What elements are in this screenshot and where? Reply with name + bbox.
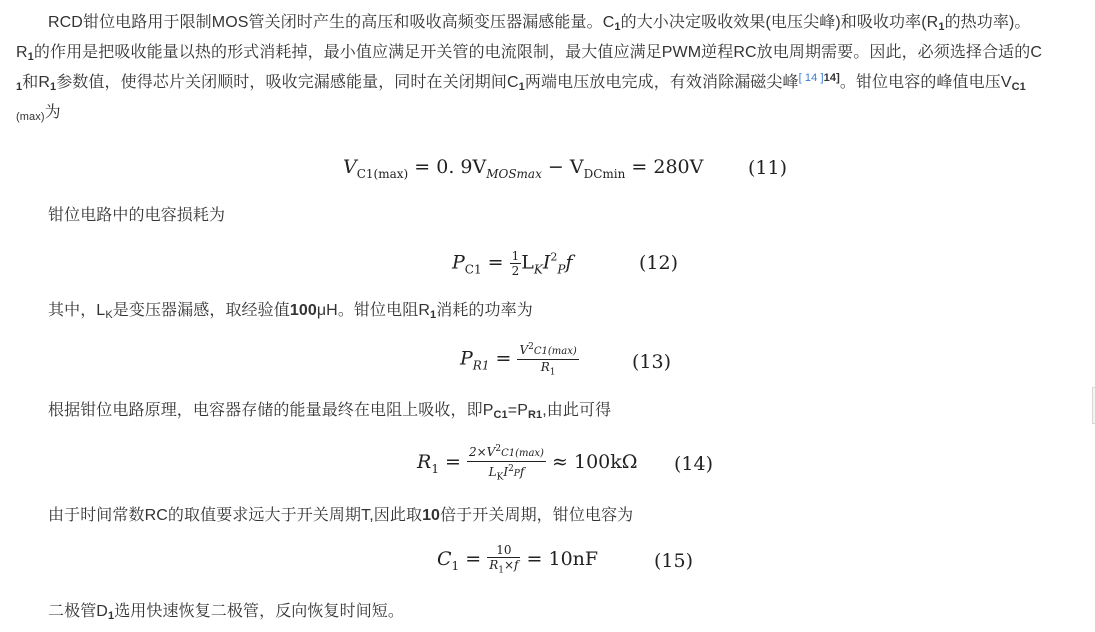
equation-number-11: (11) — [748, 157, 787, 179]
paragraph-time-constant: 由于时间常数RC的取值要求远大于开关周期T,因此取10倍于开关周期，钳位电容为 — [48, 501, 1095, 531]
p1-line1: RCD钳位电路用于限制MOS管关闭时产生的高压和吸收高频变压器漏感能量。C1的大… — [16, 8, 1088, 38]
citation-label: 14] — [824, 72, 840, 84]
equation-11: VC1(max) = 0. 9VMOSmax − VDCmin = 280V — [343, 156, 703, 181]
fraction-half: 12 — [510, 249, 522, 278]
fraction-c1: 10R1×f — [487, 543, 520, 577]
citation-link-14[interactable]: [ 14 ] — [799, 72, 824, 84]
equation-number-12: (12) — [639, 252, 678, 274]
equation-15: C1 = 10R1×f = 10nF — [437, 543, 598, 577]
equation-12: PC1 = 12LKI2Pf — [452, 249, 573, 278]
paragraph-diode: 二极管D1选用快速恢复二极管，反向恢复时间短。 — [48, 597, 1095, 627]
fraction-power-r1: V2C1(max)R1 — [517, 340, 578, 379]
fraction-r1: 2×V2C1(max)LKI2Pf — [467, 442, 546, 484]
paragraph-energy-balance: 根据钳位电路原理，电容器存储的能量最终在电阻上吸收，即PC1=PR1,由此可得 — [48, 396, 1095, 426]
p1-line3: 1和R1参数值，使得芯片关闭顺时，吸收完漏感能量，同时在关闭期间C1两端电压放电… — [16, 68, 1088, 98]
equation-number-14: (14) — [674, 453, 713, 475]
paragraph-leakage-inductance: 其中，LK是变压器漏感，取经验值100μH。钳位电阻R1消耗的功率为 — [48, 296, 1095, 326]
equation-13: PR1 = V2C1(max)R1 — [460, 340, 579, 379]
p1-line4: (max)为 — [16, 98, 1088, 128]
paragraph-capacitor-loss: 钳位电路中的电容损耗为 — [48, 201, 1095, 231]
p1-line2: R1的作用是把吸收能量以热的形式消耗掉，最小值应满足开关管的电流限制，最大值应满… — [16, 38, 1088, 68]
equation-number-15: (15) — [654, 550, 693, 572]
equation-number-13: (13) — [632, 351, 671, 373]
equation-14: R1 = 2×V2C1(max)LKI2Pf ≈ 100kΩ — [417, 442, 638, 484]
paragraph-rcd-intro: RCD钳位电路用于限制MOS管关闭时产生的高压和吸收高频变压器漏感能量。C1的大… — [16, 8, 1088, 128]
